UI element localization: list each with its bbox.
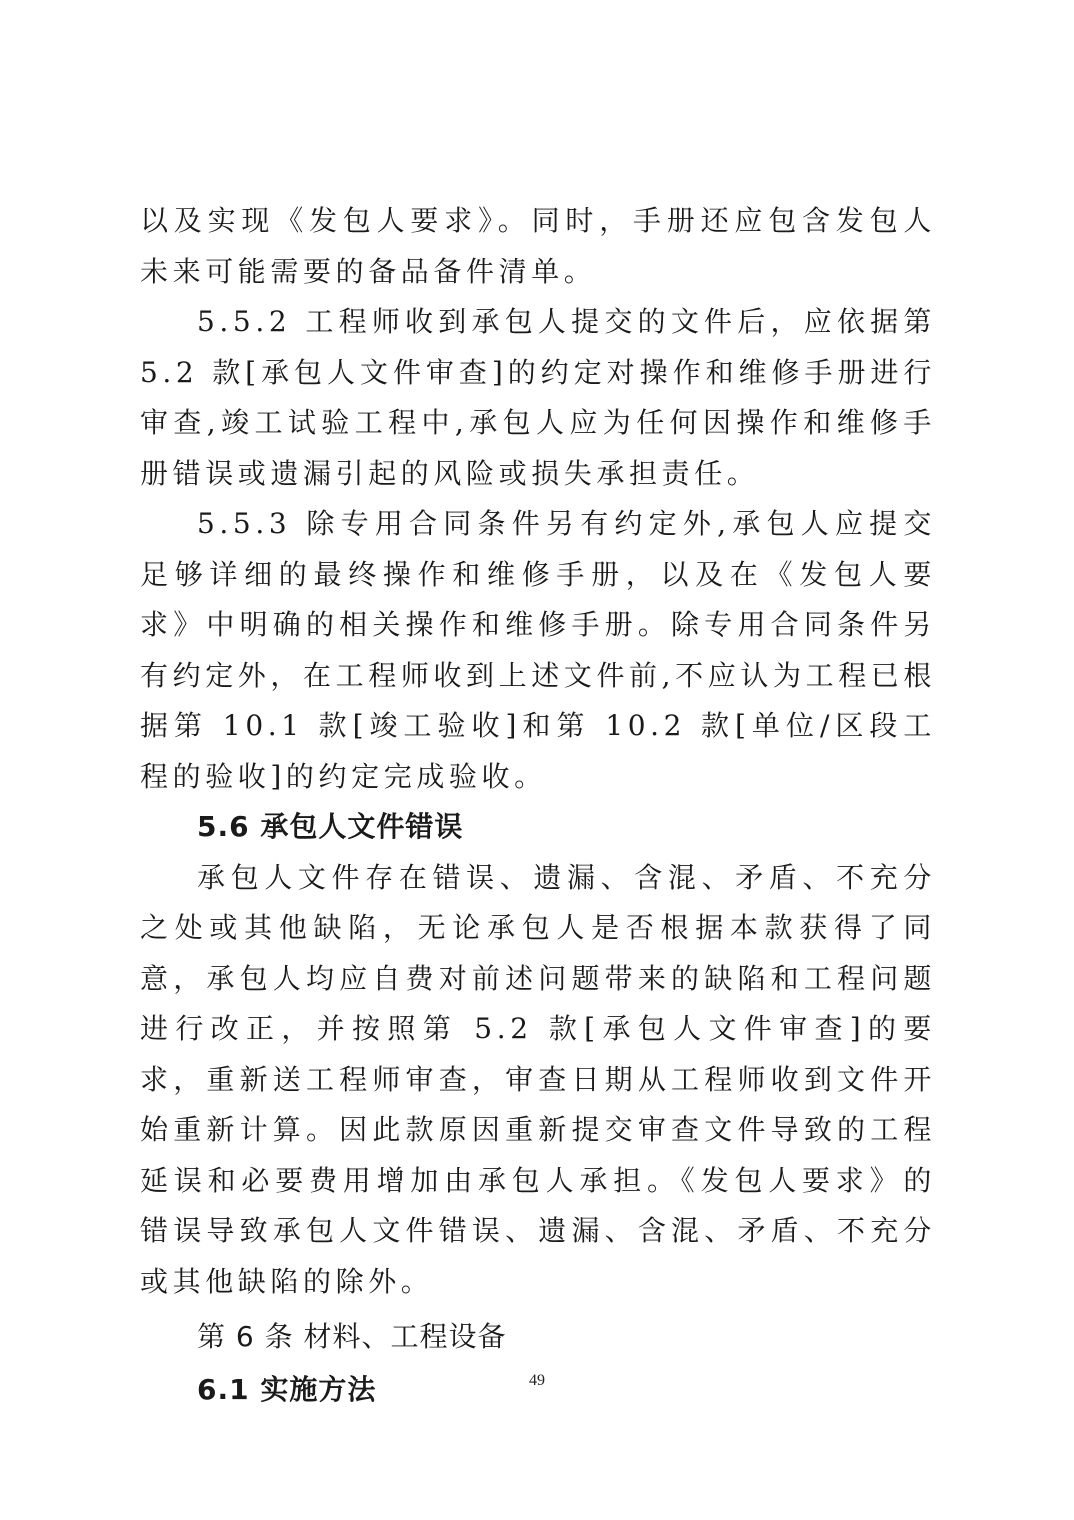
paragraph-5-5-2: 5.5.2 工程师收到承包人提交的文件后，应依据第 5.2 款[承包人文件审查]… xyxy=(140,297,936,499)
chapter-heading-6: 第 6 条 材料、工程设备 xyxy=(140,1309,936,1365)
section-heading-5-6: 5.6 承包人文件错误 xyxy=(140,802,936,853)
document-page: 以及实现《发包人要求》。同时，手册还应包含发包人未来可能需要的备品备件清单。 5… xyxy=(0,0,1074,1520)
page-number: 49 xyxy=(0,1372,1074,1390)
paragraph-continuation: 以及实现《发包人要求》。同时，手册还应包含发包人未来可能需要的备品备件清单。 xyxy=(140,196,936,297)
page-content: 以及实现《发包人要求》。同时，手册还应包含发包人未来可能需要的备品备件清单。 5… xyxy=(140,196,936,1416)
paragraph-5-6-body: 承包人文件存在错误、遗漏、含混、矛盾、不充分之处或其他缺陷，无论承包人是否根据本… xyxy=(140,853,936,1308)
paragraph-5-5-3: 5.5.3 除专用合同条件另有约定外,承包人应提交足够详细的最终操作和维修手册，… xyxy=(140,499,936,802)
